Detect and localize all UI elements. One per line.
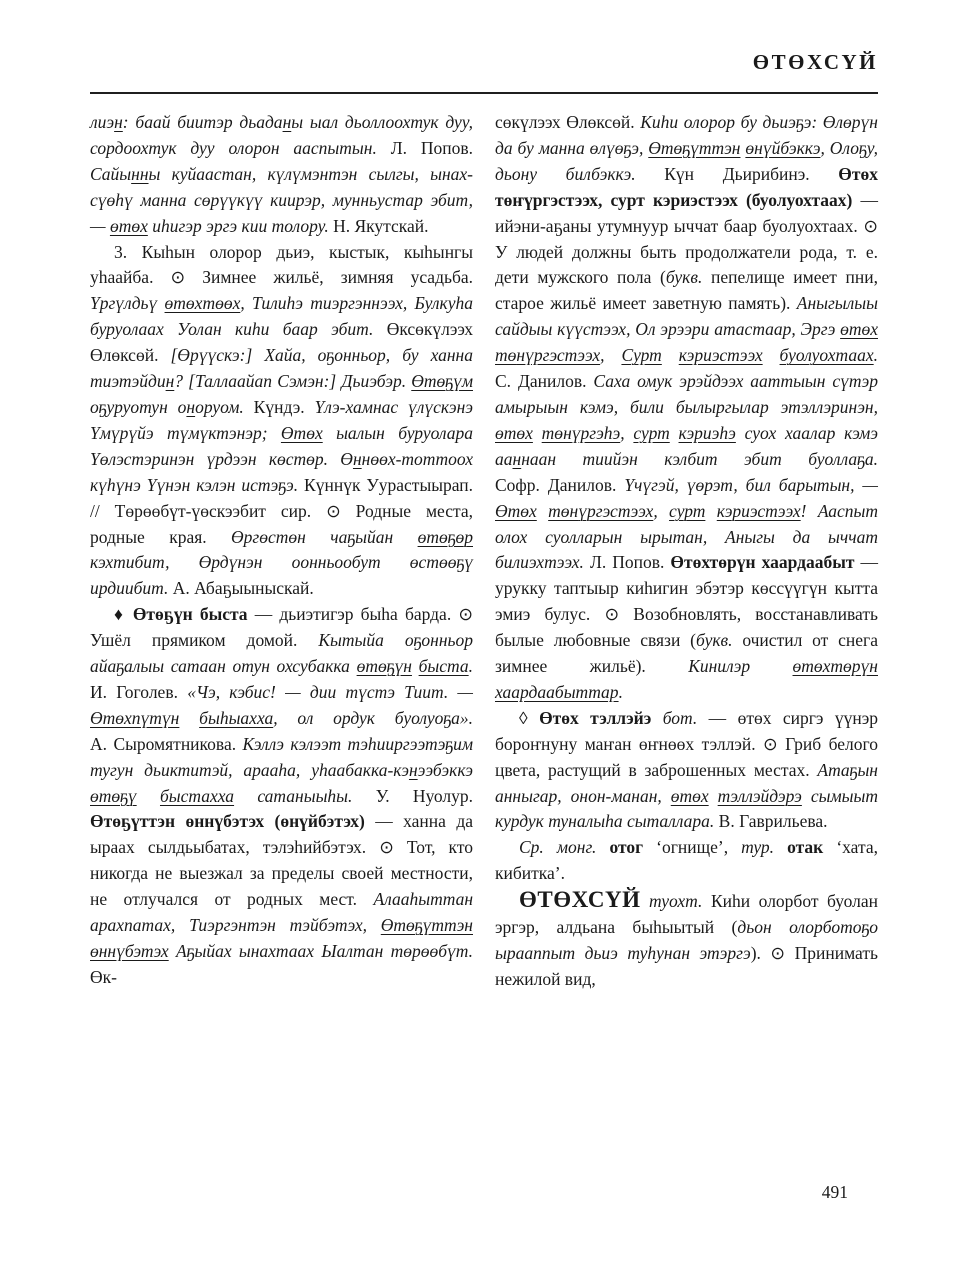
translation-marker-icon: ⊙ bbox=[379, 837, 394, 857]
paragraph: Ср. монг. отог ‘огнище’, тур. отак ‘хата… bbox=[495, 835, 878, 887]
paragraph: лиэн: баай биитэр дьаданы ыал дьоллоохту… bbox=[90, 110, 473, 240]
right-column: сөкүлээх Өлөксөй. Киһи олорор бу дьиэҕэ:… bbox=[495, 110, 878, 993]
translation-marker-icon: ⊙ bbox=[604, 604, 619, 624]
text-columns: лиэн: баай биитэр дьаданы ыал дьоллоохту… bbox=[90, 110, 878, 993]
idiom-marker-icon: ♦ bbox=[114, 604, 126, 624]
paragraph: сөкүлээх Өлөксөй. Киһи олорор бу дьиэҕэ:… bbox=[495, 110, 878, 706]
translation-marker-icon: ⊙ bbox=[458, 604, 473, 624]
paragraph: ӨТӨХСҮЙ туохт. Киһи олорбот буолан эргэр… bbox=[495, 887, 878, 993]
running-head: ӨТӨХСҮЙ bbox=[753, 50, 878, 75]
translation-marker-icon: ⊙ bbox=[171, 267, 186, 287]
translation-marker-icon: ⊙ bbox=[763, 734, 778, 754]
page-number: 491 bbox=[822, 1182, 848, 1203]
header-rule bbox=[90, 92, 878, 94]
paragraph: 3. Кыһын олорор дьиэ, кыстык, кыһынгы уһ… bbox=[90, 240, 473, 603]
translation-marker-icon: ⊙ bbox=[863, 216, 878, 236]
headword: ӨТӨХСҮЙ bbox=[519, 887, 640, 912]
dictionary-page: ӨТӨХСҮЙ лиэн: баай биитэр дьаданы ыал дь… bbox=[0, 0, 959, 1274]
phrase-marker-icon: ◊ bbox=[519, 708, 528, 728]
translation-marker-icon: ⊙ bbox=[770, 943, 785, 963]
paragraph: ♦ Өтөҕүн быста — дьиэтигэр быһа барда. ⊙… bbox=[90, 602, 473, 991]
translation-marker-icon: ⊙ bbox=[326, 501, 341, 521]
paragraph: ◊ Өтөх тэллэйэ бот. — өтөх сиргэ үүнэр б… bbox=[495, 706, 878, 836]
left-column: лиэн: баай биитэр дьаданы ыал дьоллоохту… bbox=[90, 110, 473, 993]
